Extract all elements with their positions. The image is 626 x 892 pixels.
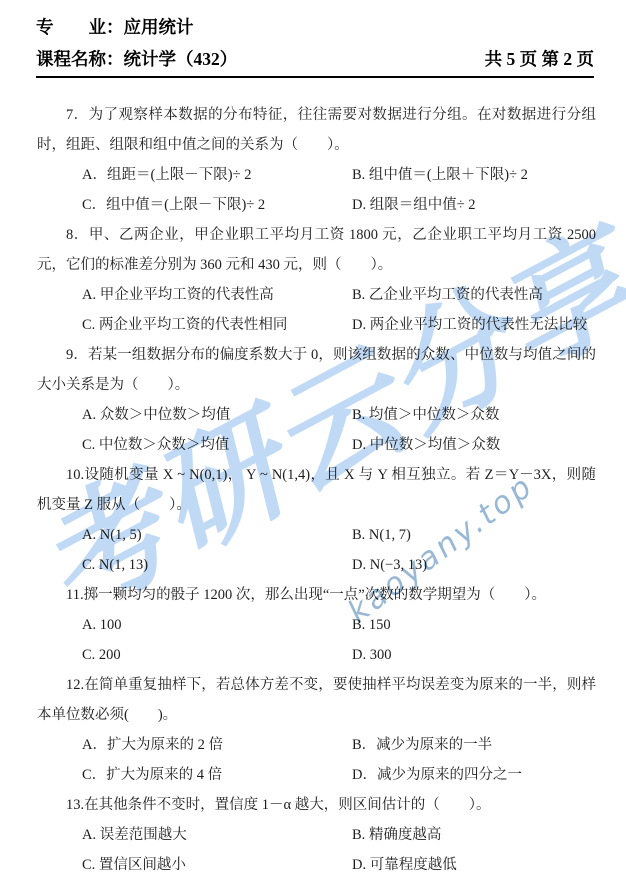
option-c: C．组中值＝(上限－下限)÷ 2 — [82, 190, 352, 220]
question-text: 若某一组数据分布的偏度系数大于 0，则该组数据的众数、中位数与均值之间的大小关系… — [37, 347, 596, 393]
question-number: 9． — [66, 347, 88, 363]
question-stem: 7．为了观察样本数据的分布特征，往往需要对数据进行分组。在对数据进行分组时，组距… — [37, 100, 596, 160]
option-row: C. 置信区间越小 D. 可靠程度越低 — [37, 850, 596, 880]
question-stem: 13.在其他条件不变时，置信度 1－α 越大，则区间估计的（ ）。 — [37, 790, 596, 820]
question-12: 12.在简单重复抽样下，若总体方差不变，要使抽样平均误差变为原来的一半，则样本单… — [37, 670, 596, 790]
option-d: D. 中位数＞均值＞众数 — [352, 430, 596, 460]
option-d: D. N(−3, 13) — [352, 550, 596, 580]
question-11: 11.掷一颗均匀的骰子 1200 次，那么出现“一点”次数的数学期望为（ ）。 … — [37, 580, 596, 670]
option-a: A. 众数＞中位数＞均值 — [82, 400, 352, 430]
question-stem: 8．甲、乙两企业，甲企业职工平均月工资 1800 元，乙企业职工平均月工资 25… — [37, 220, 596, 280]
option-b: B. 精确度越高 — [352, 820, 596, 850]
option-a: A. N(1, 5) — [82, 520, 352, 550]
option-row: A. 误差范围越大 B. 精确度越高 — [37, 820, 596, 850]
question-9: 9．若某一组数据分布的偏度系数大于 0，则该组数据的众数、中位数与均值之间的大小… — [37, 340, 596, 460]
question-list: 7．为了观察样本数据的分布特征，往往需要对数据进行分组。在对数据进行分组时，组距… — [0, 100, 626, 880]
option-row: C．扩大为原来的 4 倍 D．减少为原来的四分之一 — [37, 760, 596, 790]
content: 专 业：应用统计 课程名称：统计学（432） 共 5 页 第 2 页 7．为了观… — [0, 0, 626, 892]
option-c: C. 200 — [82, 640, 352, 670]
option-row: C．组中值＝(上限－下限)÷ 2 D. 组限＝组中值÷ 2 — [37, 190, 596, 220]
header-major: 专 业：应用统计 — [36, 10, 594, 44]
question-stem: 11.掷一颗均匀的骰子 1200 次，那么出现“一点”次数的数学期望为（ ）。 — [37, 580, 596, 610]
question-7: 7．为了观察样本数据的分布特征，往往需要对数据进行分组。在对数据进行分组时，组距… — [37, 100, 596, 220]
question-number: 11. — [66, 587, 84, 603]
option-b: B. N(1, 7) — [352, 520, 596, 550]
question-text: 为了观察样本数据的分布特征，往往需要对数据进行分组。在对数据进行分组时，组距、组… — [37, 107, 596, 153]
option-row: C. 两企业平均工资的代表性相同 D. 两企业平均工资的代表性无法比较 — [37, 310, 596, 340]
option-a: A. 误差范围越大 — [82, 820, 352, 850]
question-stem: 12.在简单重复抽样下，若总体方差不变，要使抽样平均误差变为原来的一半，则样本单… — [37, 670, 596, 730]
question-10: 10.设随机变量 X ~ N(0,1)， Y ~ N(1,4)，且 X 与 Y … — [37, 460, 596, 580]
option-row: C. 中位数＞众数＞均值 D. 中位数＞均值＞众数 — [37, 430, 596, 460]
option-row: C. 200 D. 300 — [37, 640, 596, 670]
question-text: 在其他条件不变时，置信度 1－α 越大，则区间估计的（ ）。 — [84, 797, 490, 813]
question-text: 甲、乙两企业，甲企业职工平均月工资 1800 元，乙企业职工平均月工资 2500… — [37, 227, 596, 273]
option-a: A．扩大为原来的 2 倍 — [82, 730, 352, 760]
option-row: A. 100 B. 150 — [37, 610, 596, 640]
option-b: B. 150 — [352, 610, 596, 640]
question-number: 12. — [66, 677, 84, 693]
option-b: B. 均值＞中位数＞众数 — [352, 400, 596, 430]
option-row: C. N(1, 13) D. N(−3, 13) — [37, 550, 596, 580]
option-row: A．组距＝(上限－下限)÷ 2 B. 组中值＝(上限＋下限)÷ 2 — [37, 160, 596, 190]
question-text: 掷一颗均匀的骰子 1200 次，那么出现“一点”次数的数学期望为（ ）。 — [84, 587, 546, 603]
option-d: D. 两企业平均工资的代表性无法比较 — [352, 310, 596, 340]
page-header: 专 业：应用统计 课程名称：统计学（432） 共 5 页 第 2 页 — [0, 0, 626, 78]
question-13: 13.在其他条件不变时，置信度 1－α 越大，则区间估计的（ ）。 A. 误差范… — [37, 790, 596, 880]
question-number: 13. — [66, 797, 84, 813]
option-a: A．组距＝(上限－下限)÷ 2 — [82, 160, 352, 190]
page-indicator: 共 5 页 第 2 页 — [485, 44, 594, 74]
question-number: 10. — [66, 467, 84, 483]
question-number: 7． — [66, 107, 89, 123]
option-a: A. 100 — [82, 610, 352, 640]
question-number: 8． — [66, 227, 89, 243]
option-row: A. N(1, 5) B. N(1, 7) — [37, 520, 596, 550]
option-d: D. 300 — [352, 640, 596, 670]
option-a: A. 甲企业平均工资的代表性高 — [82, 280, 352, 310]
exam-page: 考研云分享 kaoyany.top 专 业：应用统计 课程名称：统计学（432）… — [0, 0, 626, 892]
question-text: 在简单重复抽样下，若总体方差不变，要使抽样平均误差变为原来的一半，则样本单位数必… — [37, 677, 596, 723]
option-d: D．减少为原来的四分之一 — [352, 760, 596, 790]
header-course-title: 课程名称：统计学（432） — [36, 44, 237, 74]
option-c: C. 置信区间越小 — [82, 850, 352, 880]
question-stem: 10.设随机变量 X ~ N(0,1)， Y ~ N(1,4)，且 X 与 Y … — [37, 460, 596, 520]
header-course-row: 课程名称：统计学（432） 共 5 页 第 2 页 — [36, 44, 594, 78]
question-8: 8．甲、乙两企业，甲企业职工平均月工资 1800 元，乙企业职工平均月工资 25… — [37, 220, 596, 340]
option-row: A．扩大为原来的 2 倍 B．减少为原来的一半 — [37, 730, 596, 760]
option-b: B. 组中值＝(上限＋下限)÷ 2 — [352, 160, 596, 190]
option-row: A. 甲企业平均工资的代表性高 B. 乙企业平均工资的代表性高 — [37, 280, 596, 310]
option-c: C. 中位数＞众数＞均值 — [82, 430, 352, 460]
question-text: 设随机变量 X ~ N(0,1)， Y ~ N(1,4)，且 X 与 Y 相互独… — [37, 467, 596, 513]
option-c: C．扩大为原来的 4 倍 — [82, 760, 352, 790]
option-c: C. 两企业平均工资的代表性相同 — [82, 310, 352, 340]
option-row: A. 众数＞中位数＞均值 B. 均值＞中位数＞众数 — [37, 400, 596, 430]
question-stem: 9．若某一组数据分布的偏度系数大于 0，则该组数据的众数、中位数与均值之间的大小… — [37, 340, 596, 400]
option-b: B. 乙企业平均工资的代表性高 — [352, 280, 596, 310]
option-d: D. 可靠程度越低 — [352, 850, 596, 880]
option-b: B．减少为原来的一半 — [352, 730, 596, 760]
option-d: D. 组限＝组中值÷ 2 — [352, 190, 596, 220]
option-c: C. N(1, 13) — [82, 550, 352, 580]
